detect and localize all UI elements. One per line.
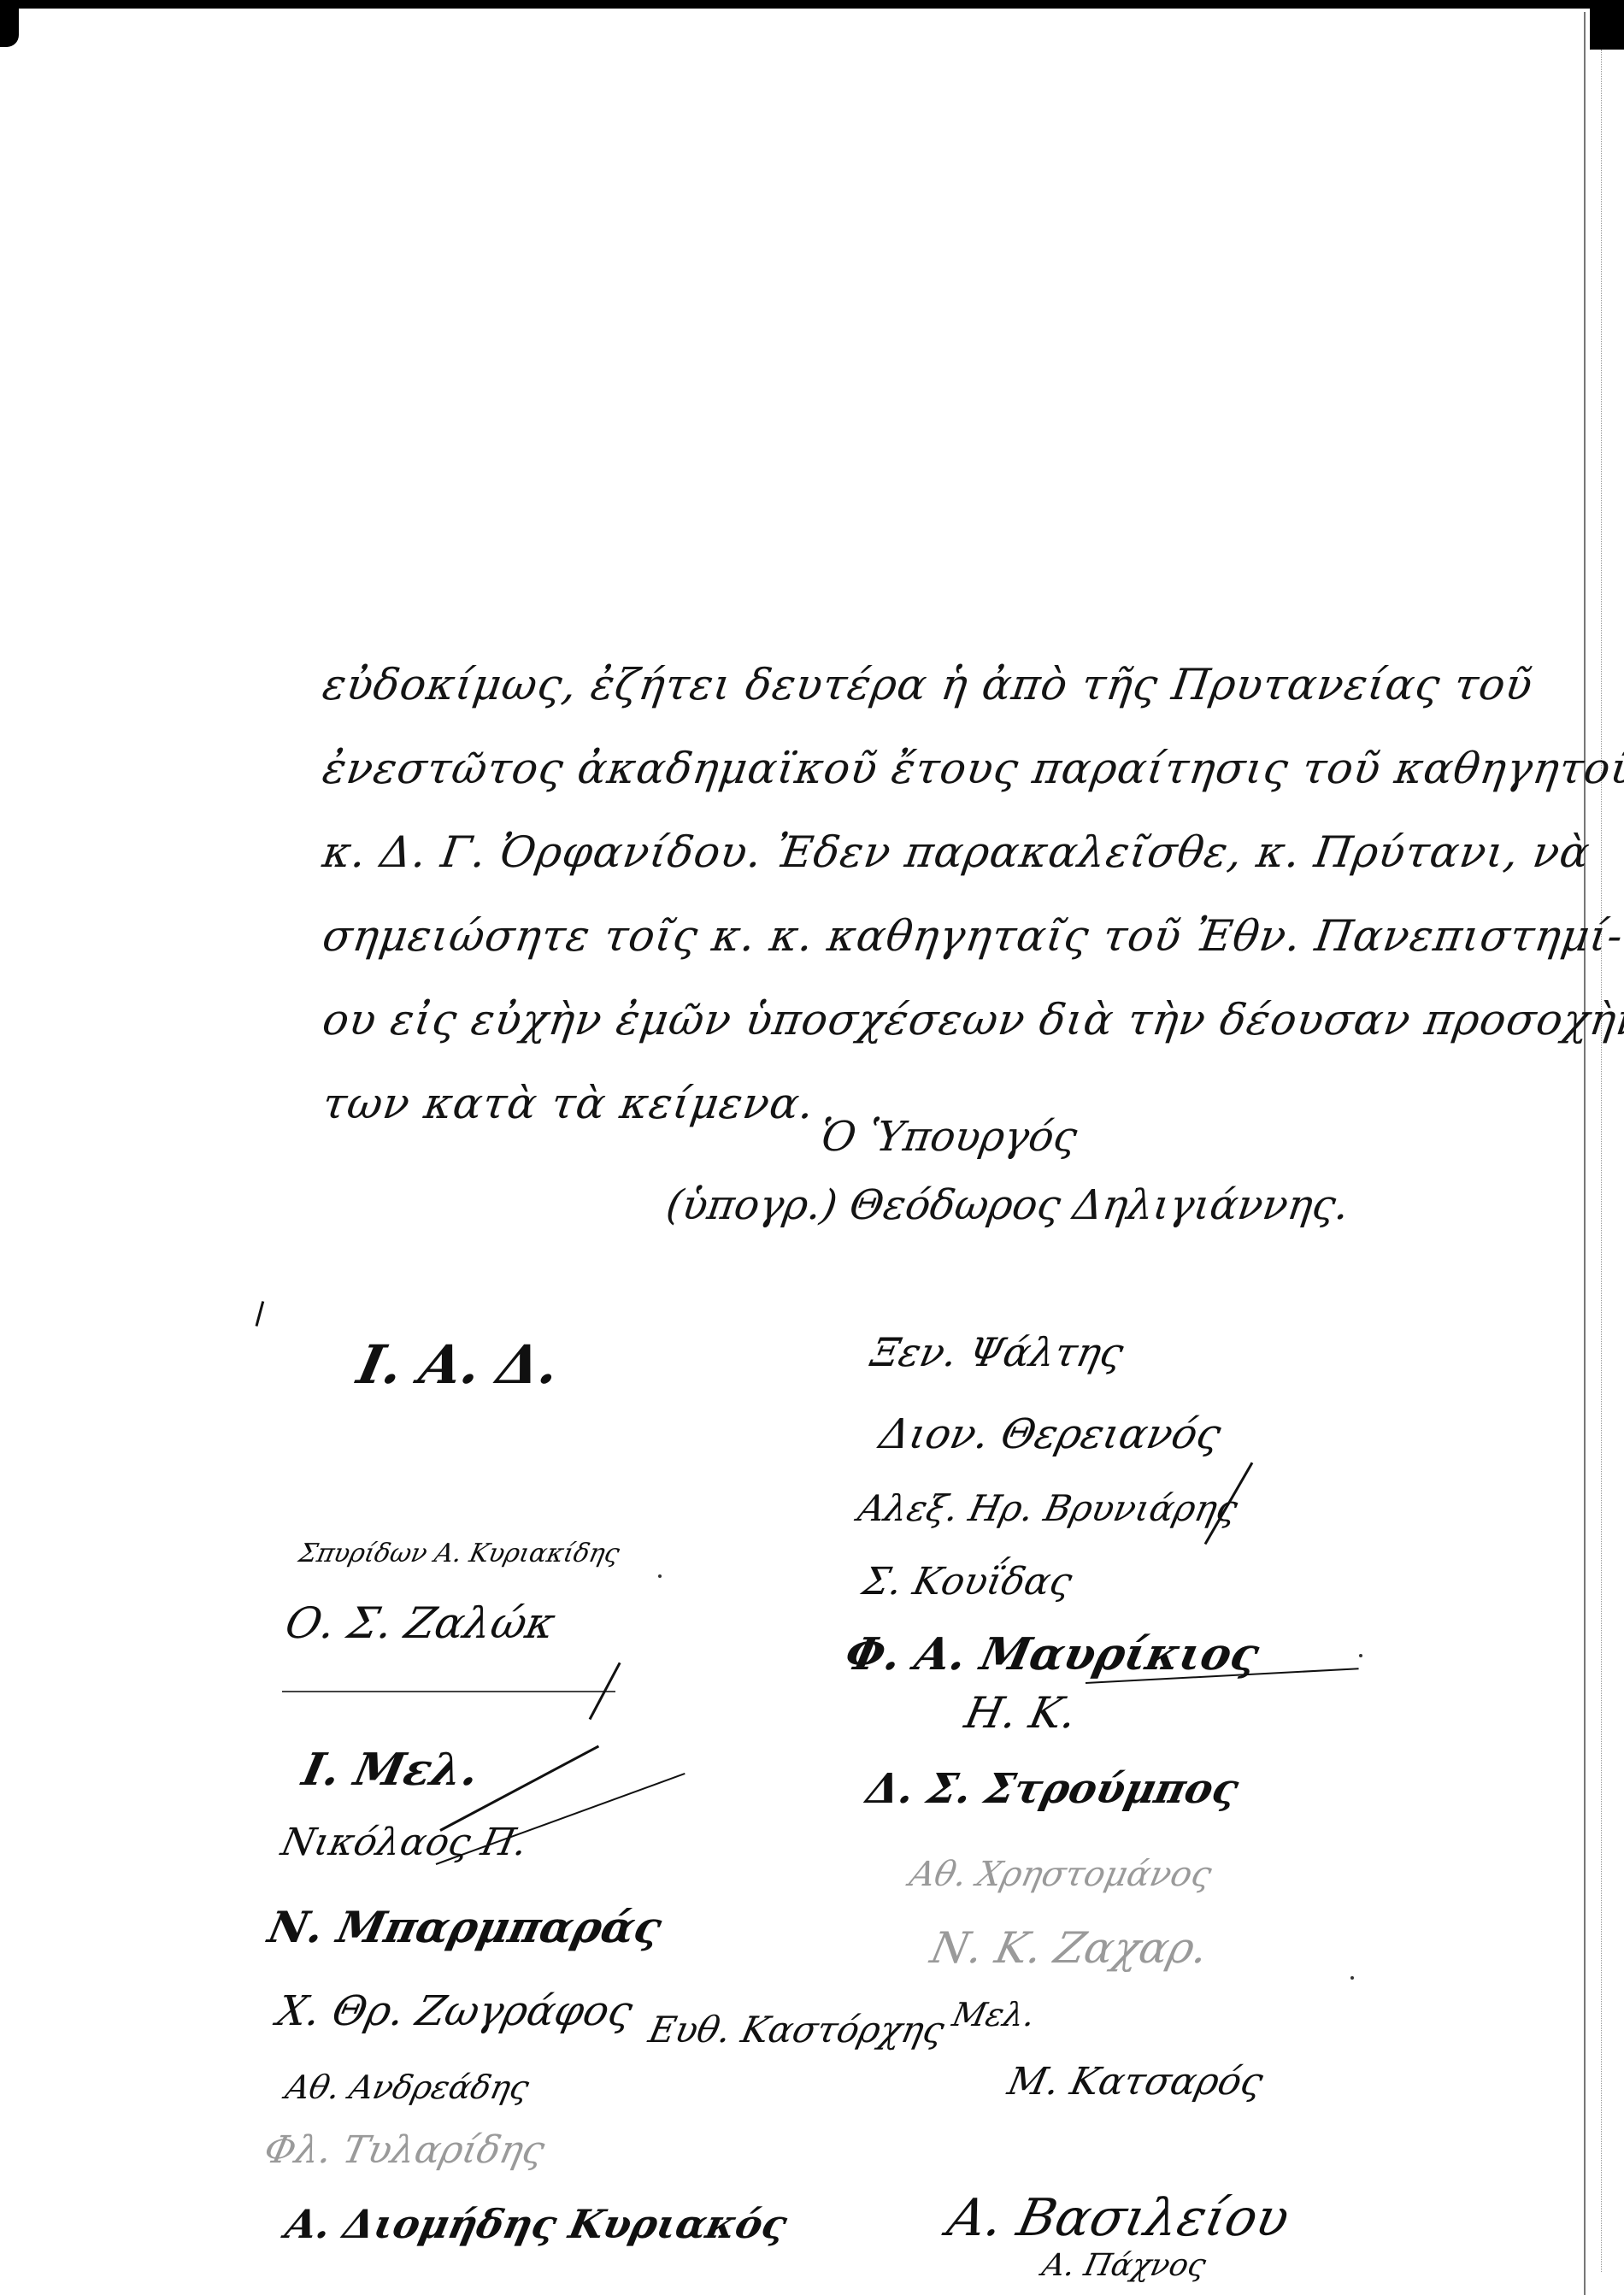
body-line-1: εὐδοκίμως, ἐζήτει δευτέρα ἡ ἀπὸ τῆς Πρυτ… [317, 643, 1526, 727]
signature-right-1: Ξεν. Ψάλτης [867, 1329, 1127, 1375]
signature-right-4: Σ. Κουΐδας [859, 1560, 1076, 1604]
body-line-2: ἐνεστῶτος ἀκαδημαϊκοῦ ἔτους παραίτησις τ… [317, 727, 1526, 810]
scan-border-right [1590, 0, 1624, 50]
minister-signed-name: (ὑπογρ.) Θεόδωρος Δηλιγιάννης. [662, 1171, 1372, 1239]
signature-left-5: Νικόλαος Π. [278, 1821, 532, 1864]
signature-left-8: Αθ. Ανδρεάδης [282, 2068, 533, 2106]
signature-left-9: Φλ. Τυλαρίδης [261, 2128, 549, 2172]
letter-body: εὐδοκίμως, ἐζήτει δευτέρα ἡ ἀπὸ τῆς Πρυτ… [323, 643, 1520, 1145]
signature-left-10: Α. Διομήδης Κυριακός [281, 2201, 791, 2247]
signature-right-11: Μ. Κατσαρός [1004, 2060, 1268, 2104]
body-line-4: σημειώσητε τοῖς κ. κ. καθηγηταῖς τοῦ Ἐθν… [317, 894, 1526, 978]
signature-right-13: Α. Πάχνος [1039, 2248, 1209, 2283]
ink-dot [1359, 1654, 1362, 1657]
signature-right-8: Αθ. Χρηστομάνος [906, 1855, 1215, 1894]
ink-dot [658, 1574, 662, 1578]
signature-middle-1: Ευθ. Καστόρχης [645, 2009, 948, 2051]
signature-left-4: Ι. Μελ. [298, 1744, 484, 1796]
signature-left-6: Ν. Μπαρμπαράς [264, 1902, 667, 1952]
signature-right-3: Αλεξ. Ηρ. Βρυνιάρης [855, 1487, 1242, 1529]
signature-right-10: Μελ. [949, 1996, 1039, 2033]
signature-separator-line [282, 1691, 615, 1692]
stray-mark [256, 1301, 265, 1327]
signature-right-7: Δ. Σ. Στρούμπος [862, 1765, 1243, 1813]
page-top-edge [19, 9, 1583, 43]
scan-border-top [0, 0, 1624, 9]
signature-left-1: Ι. Α. Δ. [352, 1333, 565, 1396]
body-line-5: ου εἰς εὐχὴν ἐμῶν ὑποσχέσεων διὰ τὴν δέο… [317, 978, 1526, 1062]
signature-right-5: Φ. Α. Μαυρίκιος [841, 1628, 1264, 1680]
letter-closing: Ὁ Ὑπουργός (ὑπογρ.) Θεόδωρος Δηλιγιάννης… [684, 1103, 1368, 1239]
signature-right-2: Διον. Θερειανός [875, 1410, 1225, 1458]
body-line-3: κ. Δ. Γ. Ὀρφανίδου. Ἐδεν παρακαλεῖσθε, κ… [317, 810, 1526, 894]
signature-right-6: Η. Κ. [961, 1688, 1081, 1738]
signature-left-7: Χ. Θρ. Ζωγράφος [273, 1987, 637, 2035]
scan-border-left [0, 0, 19, 47]
signature-right-9: Ν. Κ. Ζαχαρ. [927, 1923, 1213, 1973]
page-binding-edge [1601, 50, 1603, 2272]
ink-dot [1350, 1976, 1354, 1980]
signature-left-3: Ο. Σ. Ζαλώκ [281, 1598, 560, 1648]
signature-right-12: Α. Βασιλείου [943, 2188, 1295, 2248]
page-binding-line [1584, 12, 1586, 2295]
minister-title: Ὁ Ὑπουργός [747, 1103, 1372, 1171]
signature-left-2: Σπυρίδων Α. Κυριακίδης [296, 1539, 622, 1568]
